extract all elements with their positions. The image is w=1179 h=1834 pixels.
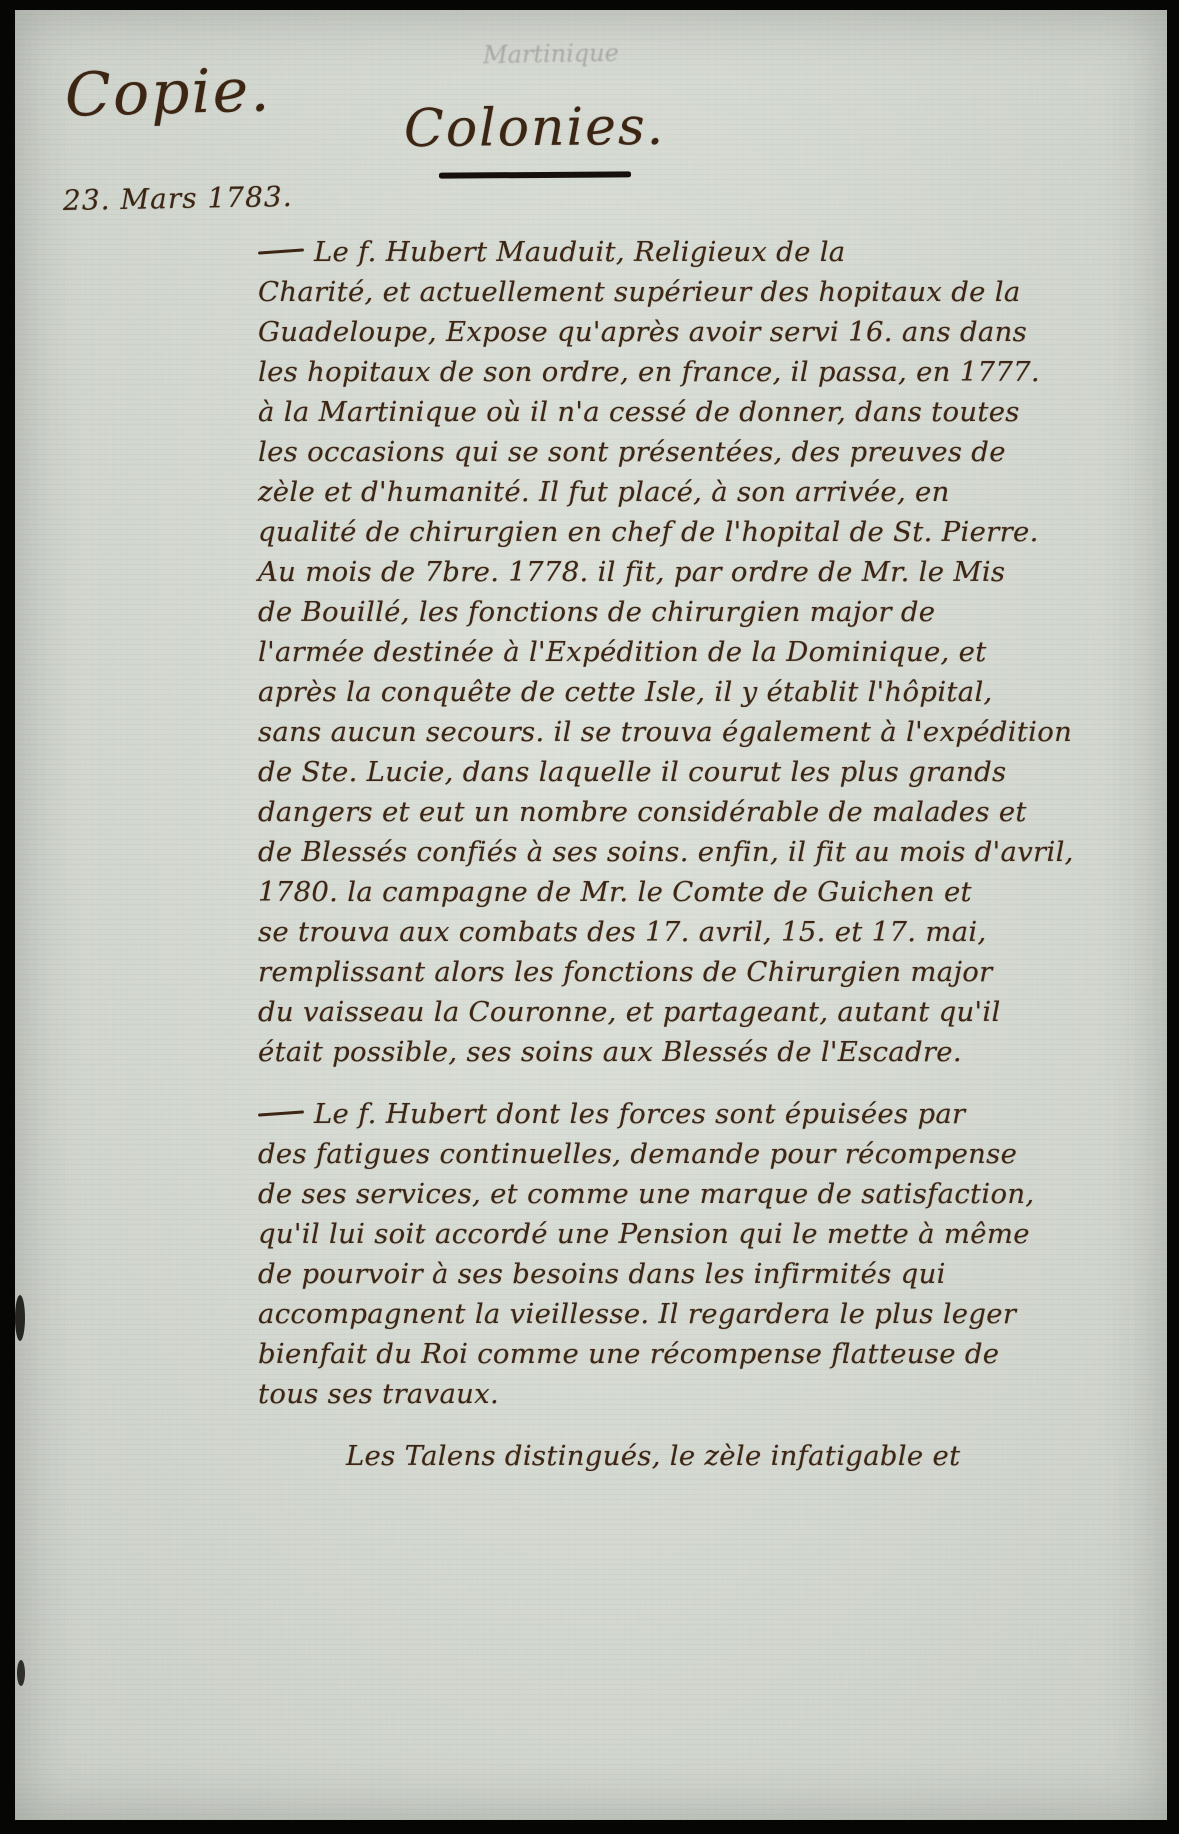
title-underline bbox=[439, 171, 631, 178]
paragraph-1: Le f. Hubert Mauduit, Religieux de la Ch… bbox=[258, 232, 1018, 1072]
scan-artifact bbox=[15, 1295, 25, 1341]
manuscript-line: Charité, et actuellement supérieur des h… bbox=[258, 272, 1018, 312]
manuscript-line: qu'il lui soit accordé une Pension qui l… bbox=[258, 1214, 1018, 1254]
manuscript-line: Guadeloupe, Expose qu'après avoir servi … bbox=[258, 312, 1018, 352]
scan-artifact bbox=[17, 1660, 25, 1686]
manuscript-line: les occasions qui se sont présentées, de… bbox=[258, 432, 1018, 472]
date-label: 23. Mars 1783. bbox=[63, 180, 293, 217]
manuscript-line: de Blessés confiés à ses soins. enfin, i… bbox=[258, 832, 1018, 872]
manuscript-line: de pourvoir à ses besoins dans les infir… bbox=[258, 1254, 1018, 1294]
manuscript-line: zèle et d'humanité. Il fut placé, à son … bbox=[258, 472, 1018, 512]
manuscript-line: se trouva aux combats des 17. avril, 15.… bbox=[258, 912, 1018, 952]
manuscript-line: des fatigues continuelles, demande pour … bbox=[258, 1134, 1018, 1174]
manuscript-line: de Bouillé, les fonctions de chirurgien … bbox=[258, 592, 1018, 632]
pencil-annotation: Martinique bbox=[483, 39, 619, 69]
manuscript-line: de Ste. Lucie, dans laquelle il courut l… bbox=[258, 752, 1018, 792]
manuscript-line: Le f. Hubert Mauduit, Religieux de la bbox=[258, 232, 1018, 272]
paragraph-3: Les Talens distingués, le zèle infatigab… bbox=[258, 1436, 1018, 1476]
manuscript-line: à la Martinique où il n'a cessé de donne… bbox=[258, 392, 1018, 432]
manuscript-line: Le f. Hubert dont les forces sont épuisé… bbox=[258, 1094, 1018, 1134]
manuscript-line: Au mois de 7bre. 1778. il fit, par ordre… bbox=[258, 552, 1018, 592]
manuscript-line: de ses services, et comme une marque de … bbox=[258, 1174, 1018, 1214]
manuscript-line: du vaisseau la Couronne, et partageant, … bbox=[258, 992, 1018, 1032]
manuscript-body: Le f. Hubert Mauduit, Religieux de la Ch… bbox=[258, 232, 1018, 1476]
manuscript-line: remplissant alors les fonctions de Chiru… bbox=[258, 952, 1018, 992]
manuscript-line: les hopitaux de son ordre, en france, il… bbox=[258, 352, 1018, 392]
manuscript-line: l'armée destinée à l'Expédition de la Do… bbox=[258, 632, 1018, 672]
manuscript-line: tous ses travaux. bbox=[258, 1374, 1018, 1414]
manuscript-line: Les Talens distingués, le zèle infatigab… bbox=[258, 1436, 1018, 1476]
manuscript-line: après la conquête de cette Isle, il y ét… bbox=[258, 672, 1018, 712]
manuscript-line: était possible, ses soins aux Blessés de… bbox=[258, 1032, 1018, 1072]
manuscript-line: bienfait du Roi comme une récompense fla… bbox=[258, 1334, 1018, 1374]
manuscript-line: 1780. la campagne de Mr. le Comte de Gui… bbox=[258, 872, 1018, 912]
manuscript-line: dangers et eut un nombre considérable de… bbox=[258, 792, 1018, 832]
page-title: Colonies. bbox=[404, 97, 666, 159]
copy-label: Copie. bbox=[64, 55, 272, 130]
manuscript-line: qualité de chirurgien en chef de l'hopit… bbox=[258, 512, 1018, 552]
manuscript-page: ​ Martinique Copie. Colonies. 23. Mars 1… bbox=[15, 10, 1167, 1820]
title-block: Colonies. bbox=[370, 98, 700, 178]
manuscript-line: accompagnent la vieillesse. Il regardera… bbox=[258, 1294, 1018, 1334]
verso-showthrough: ​ bbox=[315, 160, 316, 190]
manuscript-line: sans aucun secours. il se trouva égaleme… bbox=[258, 712, 1018, 752]
paragraph-2: Le f. Hubert dont les forces sont épuisé… bbox=[258, 1094, 1018, 1414]
